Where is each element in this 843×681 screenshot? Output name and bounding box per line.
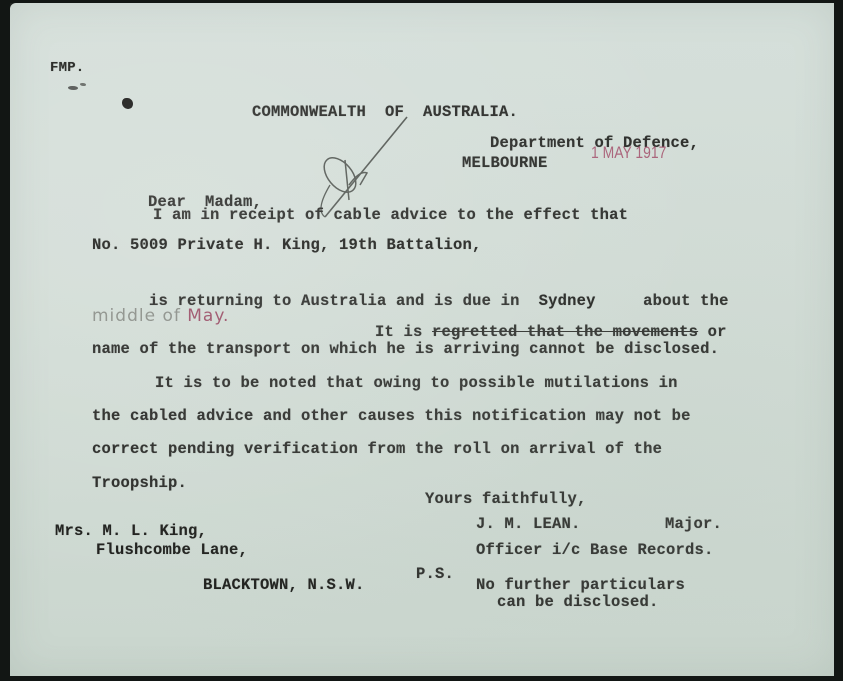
body-line-5: name of the transport on which he is arr… — [92, 340, 719, 358]
struck-text: regretted that the movements — [432, 323, 698, 341]
closing: Yours faithfully, — [425, 490, 587, 508]
arrival-month: May. — [187, 306, 229, 326]
signatory-name: J. M. LEAN. — [476, 515, 581, 533]
addressee-street: Flushcombe Lane, — [96, 541, 248, 559]
postscript-line-1: No further particulars — [476, 576, 685, 594]
date-stamp: 1 MAY 1917 — [591, 143, 666, 163]
department-city: MELBOURNE — [462, 154, 548, 172]
body-line-4-start: It is — [375, 323, 423, 341]
arrival-month-prefix: middle of — [92, 306, 181, 326]
body-line-6: It is to be noted that owing to possible… — [155, 374, 678, 392]
initials-signature-icon — [305, 115, 425, 220]
addressee-town-name: BLACKTOWN, — [203, 576, 298, 594]
reference-code: FMP. — [50, 60, 84, 76]
letter-paper: FMP. COMMONWEALTH OF AUSTRALIA. Departme… — [10, 3, 834, 676]
body-line-9: Troopship. — [92, 474, 187, 492]
signatory-rank: Major. — [665, 515, 722, 533]
body-line-8: correct pending verification from the ro… — [92, 440, 662, 458]
addressee-state: N.S.W. — [308, 576, 365, 594]
paper-damage-mark — [80, 83, 86, 86]
postscript-line-2: can be disclosed. — [497, 593, 659, 611]
signatory-title: Officer i/c Base Records. — [476, 541, 714, 559]
body-line-4-end: or — [708, 323, 727, 341]
body-line-4-handstamp: middle of May. — [92, 306, 229, 326]
paper-damage-mark — [68, 86, 78, 90]
body-line-7: the cabled advice and other causes this … — [92, 407, 691, 425]
postscript-label: P.S. — [416, 565, 454, 583]
addressee-name: Mrs. M. L. King, — [55, 522, 207, 540]
body-line-2-soldier: No. 5009 Private H. King, 19th Battalion… — [92, 236, 482, 254]
punch-hole — [122, 98, 133, 109]
scan-frame: FMP. COMMONWEALTH OF AUSTRALIA. Departme… — [0, 0, 843, 681]
body-line-1: I am in receipt of cable advice to the e… — [153, 206, 628, 224]
addressee-town: BLACKTOWN, N.S.W. — [146, 558, 365, 612]
